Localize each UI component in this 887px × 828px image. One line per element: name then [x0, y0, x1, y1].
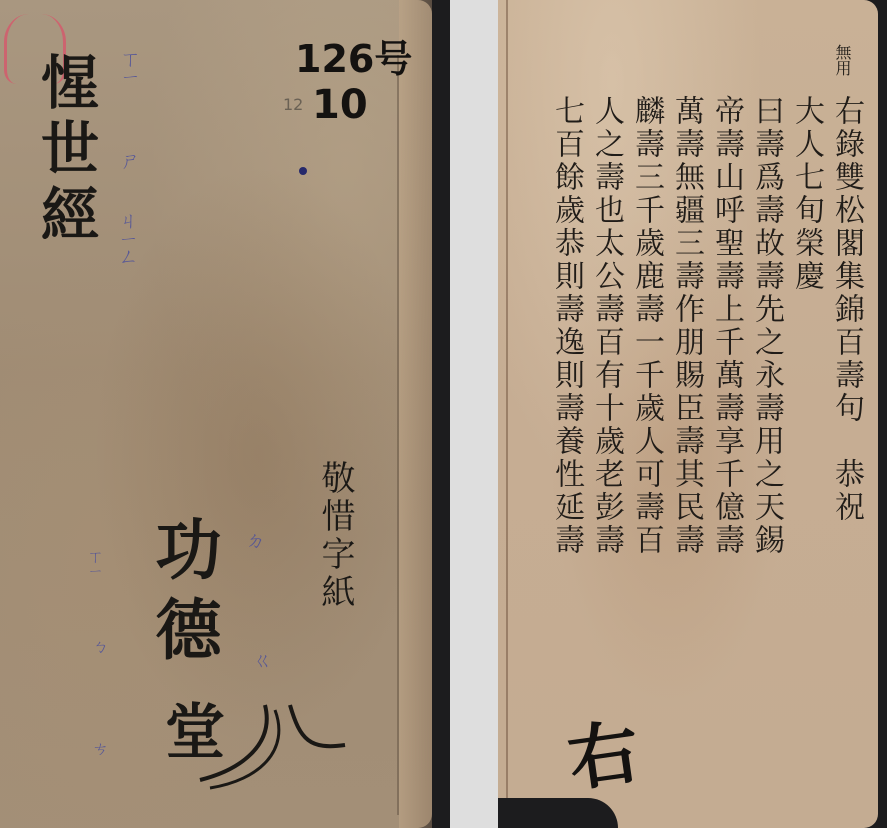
blue-annotation: ㄒㄧ [115, 48, 144, 84]
cover-page: 惺世經 126号 12 10 ㄒㄧ ㄕ ㄐㄧㄥ ㄒㄧ ㄉ ㄍ ㄅ ㄘ 敬惜字紙 … [0, 0, 432, 828]
gutter-background [450, 0, 498, 828]
cover-page-photo: 惺世經 126号 12 10 ㄒㄧ ㄕ ㄐㄧㄥ ㄒㄧ ㄉ ㄍ ㄅ ㄘ 敬惜字紙 … [0, 0, 450, 828]
book-title: 惺世經 [36, 52, 94, 250]
blue-annotation: ㄉ [240, 530, 269, 550]
merit-inscription: 功德 [150, 515, 216, 675]
text-page: 無用 右錄雙松閣集錦百壽句 恭祝 大人七旬榮慶 曰壽爲壽故壽先之永壽用之天錫 帝… [498, 0, 878, 828]
blue-annotation: ㄍ [247, 650, 276, 670]
text-column-3: 曰壽爲壽故壽先之永壽用之天錫 [746, 95, 786, 755]
blue-annotation: ㄒㄧ [83, 548, 106, 577]
page-edge-line [506, 0, 508, 828]
text-columns: 右錄雙松閣集錦百壽句 恭祝 大人七旬榮慶 曰壽爲壽故壽先之永壽用之天錫 帝壽山呼… [546, 95, 866, 755]
spine-strip [399, 0, 432, 828]
text-column-5: 萬壽無疆三壽作朋賜臣壽其民壽 [666, 95, 706, 755]
big-brush-character: 右 [561, 696, 644, 806]
text-column-1: 右錄雙松閣集錦百壽句 恭祝 [826, 95, 866, 755]
text-column-7: 人之壽也太公壽百有十歲老彭壽 [586, 95, 626, 755]
spine-line [397, 55, 399, 815]
bottom-shadow [498, 798, 618, 828]
blue-annotation: ㄘ [88, 740, 111, 756]
blue-ink-dot [299, 167, 307, 175]
blue-annotation: ㄐㄧㄥ [113, 210, 142, 266]
text-column-6: 麟壽三千歲鹿壽一千歲人可壽百 [626, 95, 666, 755]
respect-paper-inscription: 敬惜字紙 [318, 460, 352, 612]
text-page-photo: 無用 右錄雙松閣集錦百壽句 恭祝 大人七旬榮慶 曰壽爲壽故壽先之永壽用之天錫 帝… [498, 0, 887, 828]
catalog-number-top: 126号 [295, 28, 412, 83]
blue-annotation: ㄕ [115, 150, 144, 170]
text-column-2: 大人七旬榮慶 [786, 95, 826, 755]
text-column-4: 帝壽山呼聖壽上千萬壽享千億壽 [706, 95, 746, 755]
pencil-note: 12 [283, 95, 303, 114]
margin-note: 無用 [834, 44, 850, 76]
text-column-8: 七百餘歲恭則壽逸則壽養性延壽 [546, 95, 586, 755]
blue-annotation: ㄅ [88, 638, 111, 654]
catalog-number-bottom: 10 [312, 82, 368, 128]
brush-stroke-mark [180, 700, 350, 790]
